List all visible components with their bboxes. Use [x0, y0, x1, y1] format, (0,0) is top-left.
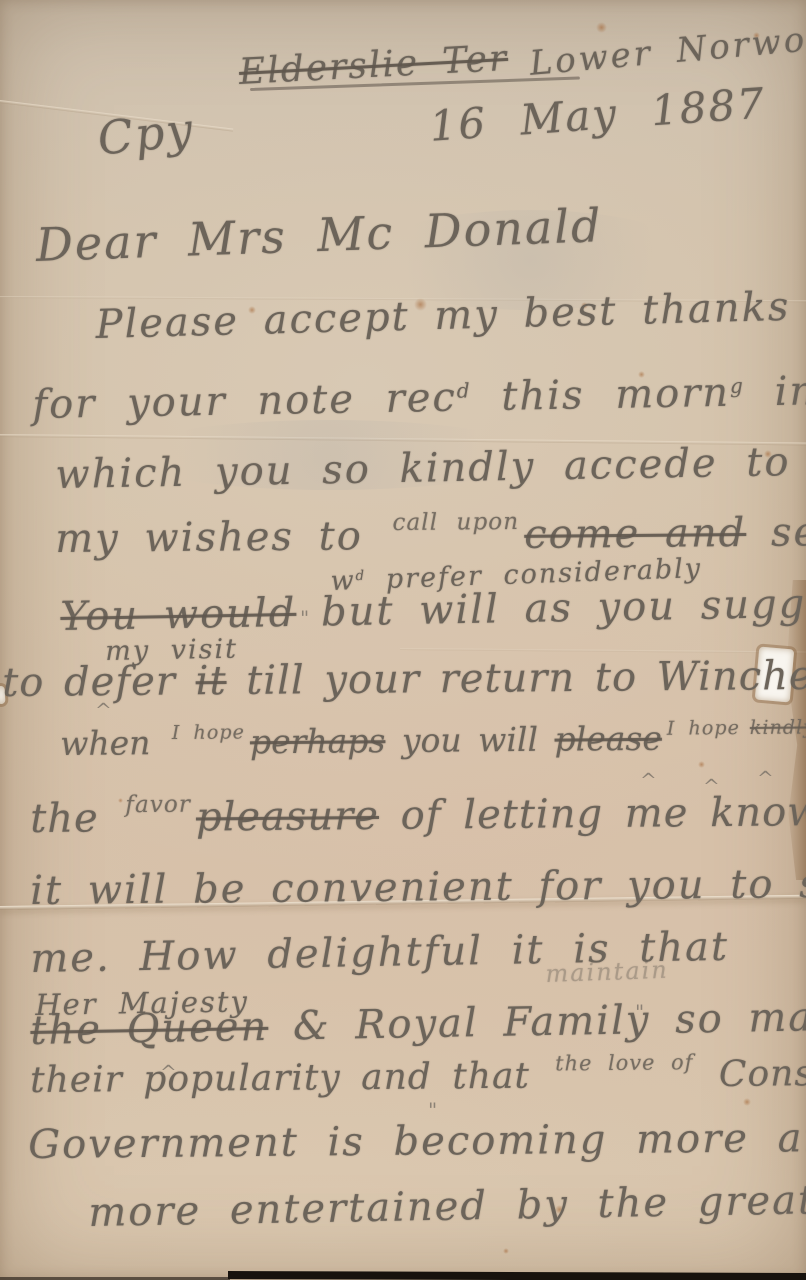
text-segment-x: perhaps [250, 721, 386, 761]
text-segment-n: see you [746, 508, 806, 556]
letter-line-line-hope: when I hopeperhaps you will pleaseI hope… [60, 715, 806, 763]
text-segment-ins: call upon [392, 508, 519, 536]
letter-line-line-entertained: more entertained by the great [88, 1177, 806, 1236]
copy-mark: Cpy [95, 102, 197, 166]
text-segment-ins: the love of [555, 1051, 693, 1076]
letter-line-line-government: Government is becoming more and [28, 1115, 806, 1168]
letter-line-line-defer: to defer it till your return to Winchest… [2, 652, 806, 706]
text-segment-n: Government is becoming more and [28, 1115, 806, 1168]
text-segment-n: but will as you suggest [296, 580, 806, 636]
text-segment-sup: g [730, 374, 744, 398]
letter-line-line-thanks: Please accept my best thanks [95, 284, 791, 348]
text-segment-n: of letting me know when [379, 788, 806, 839]
text-segment-n: my wishes to [55, 513, 388, 562]
text-segment-x: pleasure [196, 793, 379, 841]
letterhead-place: Lower Norwood [528, 16, 806, 84]
text-segment-n: for your note rec [32, 375, 457, 428]
text-segment-ins: I hope [172, 720, 245, 744]
text-segment-n: this morn [470, 370, 730, 421]
text-segment-faint: maintain [545, 956, 669, 988]
foxing-spot [596, 22, 607, 33]
text-segment-x: please [554, 719, 662, 759]
letter-line-line-popularity: their popularity and that the love of Co… [30, 1052, 806, 1101]
letter-line-line-suggest: You would but will as you suggest [60, 580, 806, 640]
text-segment-n: Please accept my best thanks [95, 284, 791, 348]
letter-line-faint-maintain: maintain [545, 956, 669, 988]
text-segment-x: You would [60, 590, 297, 640]
ditto-mark: " [635, 1000, 644, 1024]
text-segment-insx: kindly [750, 715, 806, 739]
letter-date: 16 May 1887 [428, 79, 767, 151]
text-segment-n: you will [385, 720, 554, 760]
text-segment-x: the Queen [30, 1004, 269, 1054]
text-segment-ins: I hope [667, 716, 740, 740]
caret-mark: ^ [160, 1060, 177, 1084]
text-segment-n: Dear Mrs Mc Donald [35, 198, 603, 272]
ditto-mark: " [428, 1098, 437, 1122]
text-segment-n: which you so kindly accede to [55, 439, 791, 498]
text-segment-ins: favor [125, 791, 191, 819]
foxing-spot [698, 761, 705, 768]
bottom-edge-shadow [228, 1271, 806, 1280]
text-segment-n: the [30, 795, 121, 842]
letter-line-salutation: Dear Mrs Mc Donald [35, 198, 603, 272]
text-segment-x: it [195, 658, 226, 704]
text-segment-n: it will be convenient for you to see [30, 861, 806, 914]
letter-line-line-accede: which you so kindly accede to [55, 439, 791, 498]
letter-line-line-convenient: it will be convenient for you to see [30, 861, 806, 914]
ditto-mark: " [300, 606, 309, 630]
text-segment-sup: d [457, 378, 471, 402]
caret-mark: ^ [95, 698, 112, 722]
letterhead-address-struck: Elderslie Ter [238, 38, 509, 93]
foxing-spot [743, 1098, 751, 1106]
letter-line-line-note: for your note recd this morng in [32, 368, 806, 428]
text-segment-n: & Royal Family so maintain [268, 992, 806, 1050]
letter-page: Cpy Elderslie Ter Lower Norwood 16 May 1… [0, 0, 806, 1280]
text-segment-n: more entertained by the great [88, 1177, 806, 1236]
caret-mark: ^ [757, 766, 774, 790]
text-segment-n: till your return to Winchester [226, 652, 806, 704]
letter-line-line-favor: the favorpleasure of letting me know whe… [30, 788, 806, 842]
text-segment-n: when [60, 723, 167, 763]
caret-mark: ^ [703, 774, 720, 798]
text-segment-n: their popularity and that [30, 1055, 551, 1101]
foxing-spot [503, 1248, 509, 1254]
text-segment-sup: d [355, 568, 365, 584]
text-segment-x: come and [524, 510, 746, 558]
caret-mark: ^ [640, 768, 657, 792]
text-segment-n: in [744, 368, 806, 415]
text-segment-n: Constitutional [698, 1052, 806, 1096]
